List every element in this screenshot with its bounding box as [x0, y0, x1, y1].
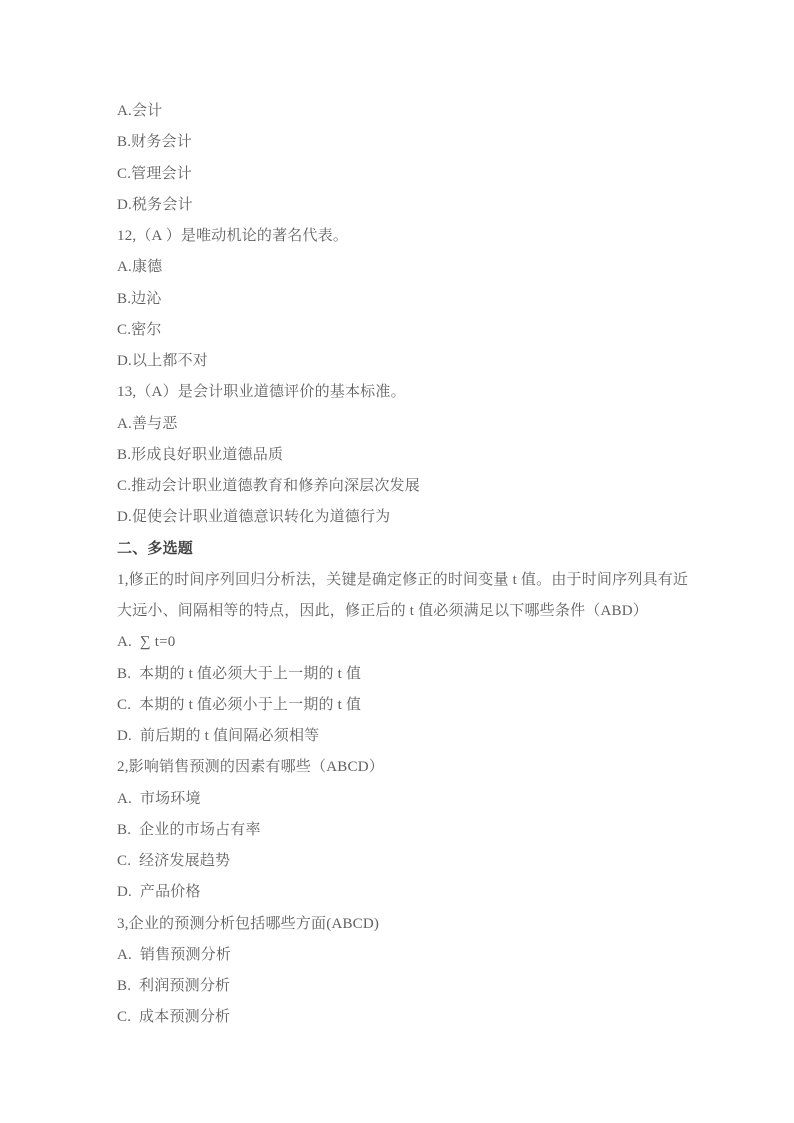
q13-option-b: B.形成良好职业道德品质 — [117, 440, 754, 471]
q12-option-c: C.密尔 — [117, 315, 754, 346]
mq2-option-d: D. 产品价格 — [117, 877, 754, 908]
mq1-option-a: A. ∑ t=0 — [117, 627, 754, 658]
q11-option-c: C.管理会计 — [117, 159, 754, 190]
q13-option-d: D.促使会计职业道德意识转化为道德行为 — [117, 502, 754, 533]
question-3-stem: 3,企业的预测分析包括哪些方面(ABCD) — [117, 909, 754, 940]
question-12-stem: 12,（A ）是唯动机论的著名代表。 — [117, 221, 754, 252]
q11-option-b: B.财务会计 — [117, 127, 754, 158]
mq1-option-c: C. 本期的 t 值必须小于上一期的 t 值 — [117, 690, 754, 721]
mq2-option-c: C. 经济发展趋势 — [117, 846, 754, 877]
q12-option-b: B.边沁 — [117, 284, 754, 315]
q13-option-a: A.善与恶 — [117, 409, 754, 440]
question-2-stem: 2,影响销售预测的因素有哪些（ABCD） — [117, 752, 754, 783]
mq1-option-d: D. 前后期的 t 值间隔必须相等 — [117, 721, 754, 752]
mq1-stem-line-2: 大远小、间隔相等的特点，因此，修正后的 t 值必须满足以下哪些条件（ABD） — [117, 596, 754, 627]
mq3-option-b: B. 利润预测分析 — [117, 971, 754, 1002]
question-13-stem: 13,（A）是会计职业道德评价的基本标准。 — [117, 377, 754, 408]
mq2-option-a: A. 市场环境 — [117, 784, 754, 815]
mq3-option-a: A. 销售预测分析 — [117, 940, 754, 971]
q11-option-a: A.会计 — [117, 96, 754, 127]
mq1-option-b: B. 本期的 t 值必须大于上一期的 t 值 — [117, 659, 754, 690]
mq1-stem-line-1: 1,修正的时间序列回归分析法，关键是确定修正的时间变量 t 值。由于时间序列具有… — [117, 565, 754, 596]
section-heading-multiple-choice: 二、多选题 — [117, 534, 754, 565]
document-page: A.会计 B.财务会计 C.管理会计 D.税务会计 12,（A ）是唯动机论的著… — [0, 0, 794, 1123]
mq2-option-b: B. 企业的市场占有率 — [117, 815, 754, 846]
q12-option-d: D.以上都不对 — [117, 346, 754, 377]
q13-option-c: C.推动会计职业道德教育和修养向深层次发展 — [117, 471, 754, 502]
q12-option-a: A.康德 — [117, 252, 754, 283]
q11-option-d: D.税务会计 — [117, 190, 754, 221]
mq3-option-c: C. 成本预测分析 — [117, 1002, 754, 1033]
